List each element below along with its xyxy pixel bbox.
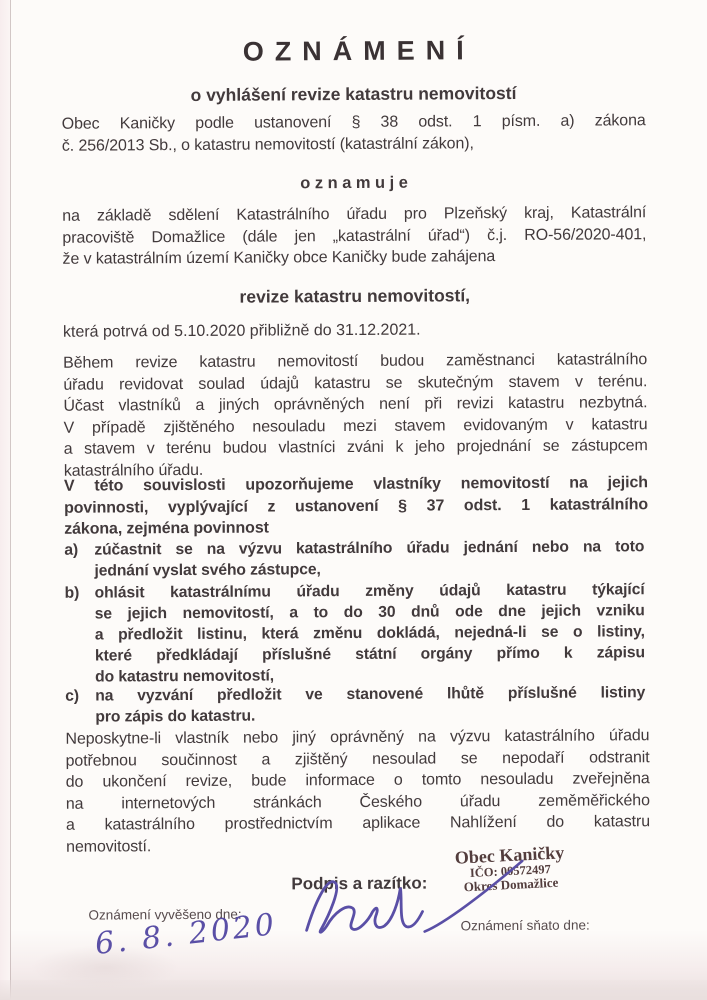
paragraph-line: Účast vlastníků a jiných oprávněných nen… <box>63 392 647 417</box>
document-subtitle: o vyhlášení revize katastru nemovitostí <box>61 82 645 107</box>
paragraph-during: Během revize katastru nemovitostí budou … <box>63 349 648 482</box>
paragraph-line: Obec Kaničky podle ustanovení § 38 odst.… <box>62 110 646 135</box>
paragraph-line: jednání vyslat svého zástupce, <box>94 557 644 581</box>
list-marker: c) <box>65 686 95 728</box>
paragraph-line: č. 256/2013 Sb., o katastru nemovitostí … <box>62 132 646 157</box>
document-content: OZNÁMENÍ o vyhlášení revize katastru nem… <box>0 0 707 1000</box>
obligation-item-a: a) zúčastnit se na výzvu katastrálního ú… <box>64 536 648 582</box>
paragraph-line: na základě sdělení Katastrálního úřadu p… <box>62 202 646 227</box>
scan-edge-bottom <box>0 980 707 1000</box>
obligation-item-c: c) na vyzvání předložit ve stanovené lhů… <box>65 682 649 728</box>
duration-line: která potrvá od 5.10.2020 přibližně do 3… <box>63 320 647 342</box>
paragraph-line: Neposkytne-li vlastník nebo jiný oprávně… <box>65 725 649 750</box>
paragraph-line: pro zápis do katastru. <box>95 703 645 727</box>
paragraph-line: povinnosti, vyplývající z ustanovení § 3… <box>64 494 648 519</box>
paragraph-line: že v katastrálním území Kaničky obce Kan… <box>62 245 646 270</box>
paragraph-line: V této souvislosti upozorňujeme vlastník… <box>64 472 648 497</box>
paragraph-intro: Obec Kaničky podle ustanovení § 38 odst.… <box>62 110 646 157</box>
paragraph-line: zúčastnit se na výzvu katastrálního úřad… <box>94 536 644 560</box>
revision-heading: revize katastru nemovitostí, <box>63 284 647 309</box>
paragraph-basis: na základě sdělení Katastrálního úřadu p… <box>62 202 646 270</box>
document-title: OZNÁMENÍ <box>61 34 645 69</box>
paragraph-obligations-intro: V této souvislosti upozorňujeme vlastník… <box>64 472 648 540</box>
paragraph-line: na vyzvání předložit ve stanovené lhůtě … <box>95 682 645 706</box>
paragraph-line: a stavem v terénu budou vlastníci zváni … <box>64 435 648 460</box>
scanned-announcement-page: OZNÁMENÍ o vyhlášení revize katastru nem… <box>0 0 707 1000</box>
list-marker: a) <box>64 540 94 582</box>
removed-date-label: Oznámení sňato dne: <box>461 918 590 934</box>
paragraph-noncompliance: Neposkytne-li vlastník nebo jiný oprávně… <box>65 725 650 858</box>
list-marker: b) <box>65 583 96 688</box>
obligation-item-b: b) ohlásit katastrálnímu úřadu změny úda… <box>65 579 650 688</box>
paragraph-line: a katastrálního prostřednictvím aplikace… <box>66 811 650 836</box>
announce-word: oznamuje <box>62 172 646 195</box>
paragraph-line: Během revize katastru nemovitostí budou … <box>63 349 647 374</box>
paragraph-line: do ukončení revize, bude informace o tom… <box>66 768 650 793</box>
paragraph-line: které předkládají příslušné státní orgán… <box>95 642 645 666</box>
paragraph-line: pracoviště Domažlice (dále jen „katastrá… <box>62 224 646 249</box>
